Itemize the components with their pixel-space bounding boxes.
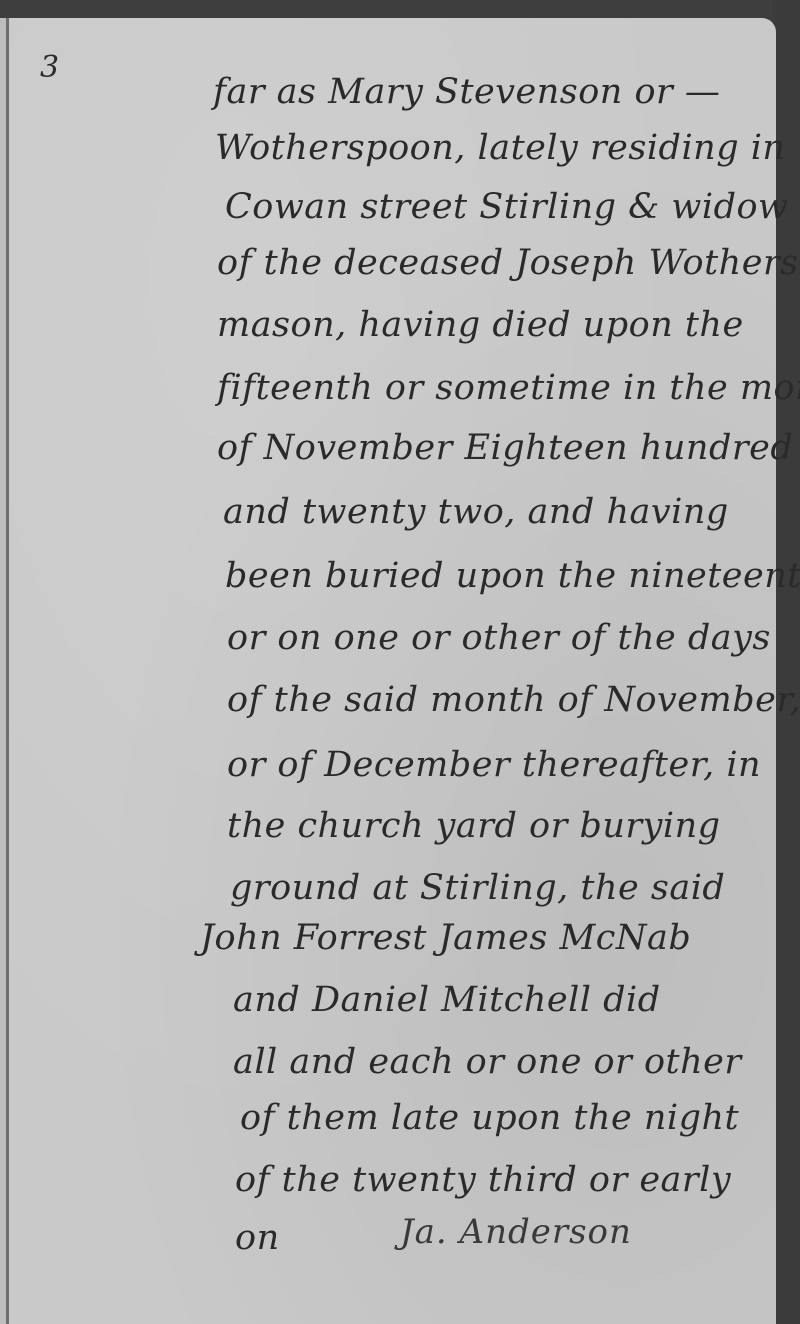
text-line: of the twenty third or early: [235, 1160, 731, 1200]
text-line: of November Eighteen hundred: [217, 428, 793, 468]
text-line: all and each or one or other: [233, 1042, 742, 1082]
text-line: the church yard or burying: [227, 806, 721, 846]
text-line: on: [235, 1218, 280, 1258]
text-line: of the said month of November,: [227, 680, 800, 720]
text-line: Wotherspoon, lately residing in: [215, 128, 785, 168]
text-line: John Forrest James McNab: [200, 918, 691, 958]
text-line: Cowan street Stirling & widow: [225, 187, 789, 227]
page-number: 3: [40, 50, 59, 85]
text-line: or on one or other of the days: [227, 618, 771, 658]
signature: Ja. Anderson: [400, 1212, 632, 1252]
text-line: far as Mary Stevenson or —: [213, 72, 720, 112]
text-line: ground at Stirling, the said: [230, 868, 725, 908]
text-line: of them late upon the night: [240, 1098, 739, 1138]
text-line: fifteenth or sometime in the month: [217, 368, 800, 408]
text-line: mason, having died upon the: [217, 305, 744, 345]
binding-edge: [0, 18, 9, 1324]
text-line: of the deceased Joseph Wotherspoon: [217, 243, 800, 283]
text-line: been buried upon the nineteenth: [225, 556, 800, 596]
text-line: and twenty two, and having: [223, 492, 729, 532]
text-line: or of December thereafter, in: [227, 745, 761, 785]
text-line: and Daniel Mitchell did: [233, 980, 661, 1020]
